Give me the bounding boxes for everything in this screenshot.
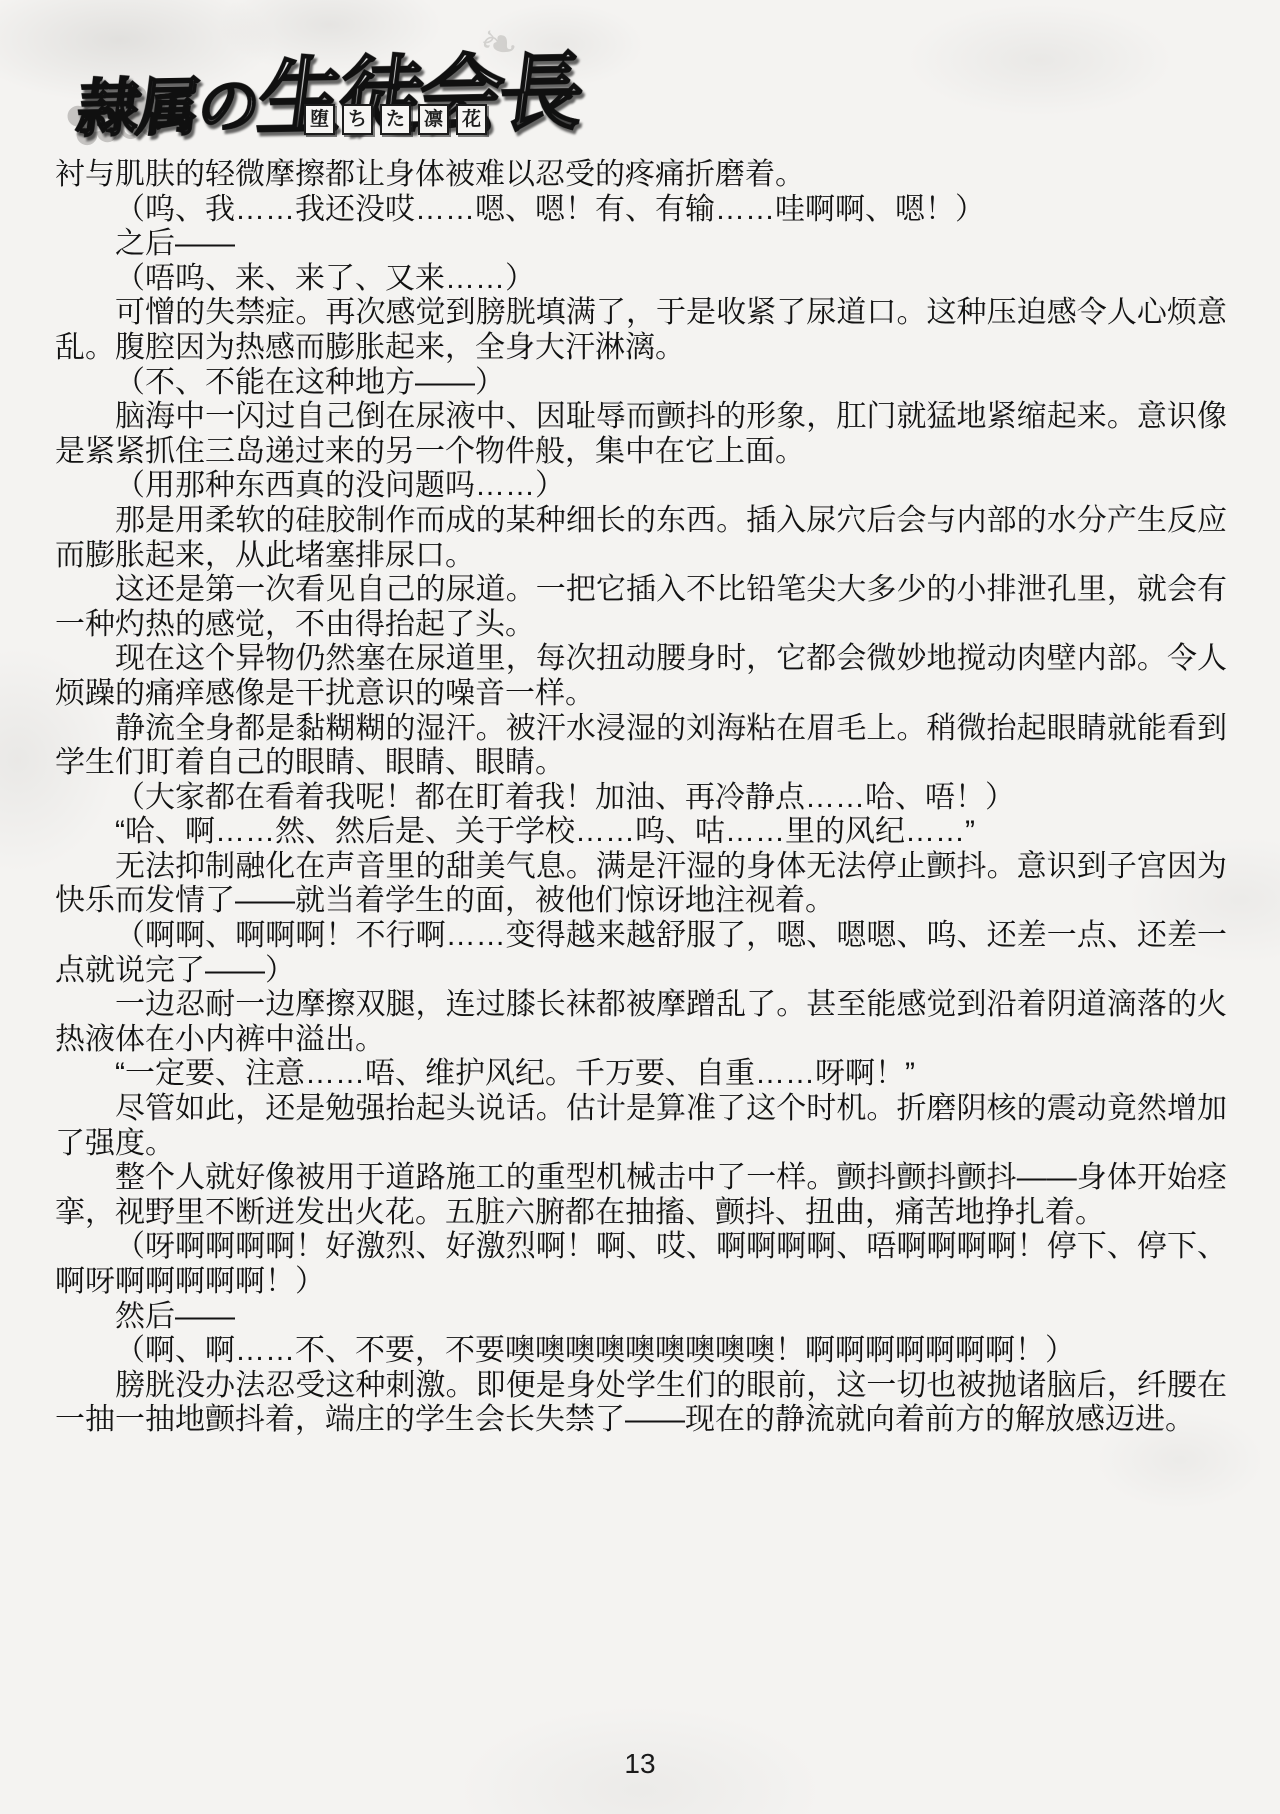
paragraph: （啊、啊……不、不要，不要噢噢噢噢噢噢噢噢噢！啊啊啊啊啊啊啊！） (55, 1334, 1227, 1369)
paragraph: （不、不能在这种地方——） (55, 366, 1227, 401)
subtitle-char-box: ち (342, 104, 373, 135)
paragraph: 那是用柔软的硅胶制作而成的某种细长的东西。插入尿穴后会与内部的水分产生反应而膨胀… (55, 504, 1227, 573)
paragraph: （呀啊啊啊啊！好激烈、好激烈啊！啊、哎、啊啊啊啊、唔啊啊啊啊！停下、停下、啊呀啊… (55, 1230, 1227, 1299)
page-number: 13 (0, 1748, 1280, 1780)
paragraph: “一定要、注意……唔、维护风纪。千万要、自重……呀啊！” (55, 1057, 1227, 1092)
paragraph: 现在这个异物仍然塞在尿道里，每次扭动腰身时，它都会微妙地搅动肉壁内部。令人烦躁的… (55, 642, 1227, 711)
paragraph: 一边忍耐一边摩擦双腿，连过膝长袜都被摩蹭乱了。甚至能感觉到沿着阴道滴落的火热液体… (55, 988, 1227, 1057)
subtitle-char-box: 花 (456, 104, 487, 135)
paragraph: “哈、啊……然、然后是、关于学校……呜、咕……里的风纪……” (55, 815, 1227, 850)
logo-title-prefix: 隷属の (73, 72, 262, 144)
paragraph: 整个人就好像被用于道路施工的重型机械击中了一样。颤抖颤抖颤抖——身体开始痉挛，视… (55, 1161, 1227, 1230)
subtitle-char-box: た (380, 104, 411, 135)
paragraph: 可憎的失禁症。再次感觉到膀胱填满了，于是收紧了尿道口。这种压迫感令人心烦意乱。腹… (55, 296, 1227, 365)
paragraph: 膀胱没办法忍受这种刺激。即便是身处学生们的眼前，这一切也被抛诸脑后，纤腰在一抽一… (55, 1369, 1227, 1438)
paragraph: （啊啊、啊啊啊！不行啊……变得越来越舒服了，嗯、嗯嗯、呜、还差一点、还差一点就说… (55, 919, 1227, 988)
book-logo: ✿❀ ❧ 隷属の生徒会長 堕ちた凛花 (62, 22, 522, 152)
paragraph: 这还是第一次看见自己的尿道。一把它插入不比铅笔尖大多少的小排泄孔里，就会有一种灼… (55, 573, 1227, 642)
paragraph: （呜、我……我还没哎……嗯、嗯！有、有输……哇啊啊、嗯！） (55, 193, 1227, 228)
paragraph: 之后—— (55, 227, 1227, 262)
logo-subtitle: 堕ちた凛花 (304, 104, 487, 135)
paragraph: （唔呜、来、来了、又来……） (55, 262, 1227, 297)
paragraph: 静流全身都是黏糊糊的湿汗。被汗水浸湿的刘海粘在眉毛上。稍微抬起眼睛就能看到学生们… (55, 712, 1227, 781)
paragraph: 无法抑制融化在声音里的甜美气息。满是汗湿的身体无法停止颤抖。意识到子宫因为快乐而… (55, 850, 1227, 919)
paragraph: （大家都在看着我呢！都在盯着我！加油、再冷静点……哈、唔！） (55, 781, 1227, 816)
paragraph: 然后—— (55, 1300, 1227, 1335)
subtitle-char-box: 堕 (304, 104, 335, 135)
paragraph: 脑海中一闪过自己倒在尿液中、因耻辱而颤抖的形象，肛门就猛地紧缩起来。意识像是紧紧… (55, 400, 1227, 469)
subtitle-char-box: 凛 (418, 104, 449, 135)
body-text: 衬与肌肤的轻微摩擦都让身体被难以忍受的疼痛折磨着。（呜、我……我还没哎……嗯、嗯… (55, 158, 1227, 1438)
paragraph: 尽管如此，还是勉强抬起头说话。估计是算准了这个时机。折磨阴核的震动竟然增加了强度… (55, 1092, 1227, 1161)
paragraph: （用那种东西真的没问题吗……） (55, 469, 1227, 504)
logo-title: 隷属の生徒会長 (72, 26, 588, 156)
paragraph: 衬与肌肤的轻微摩擦都让身体被难以忍受的疼痛折磨着。 (55, 158, 1227, 193)
